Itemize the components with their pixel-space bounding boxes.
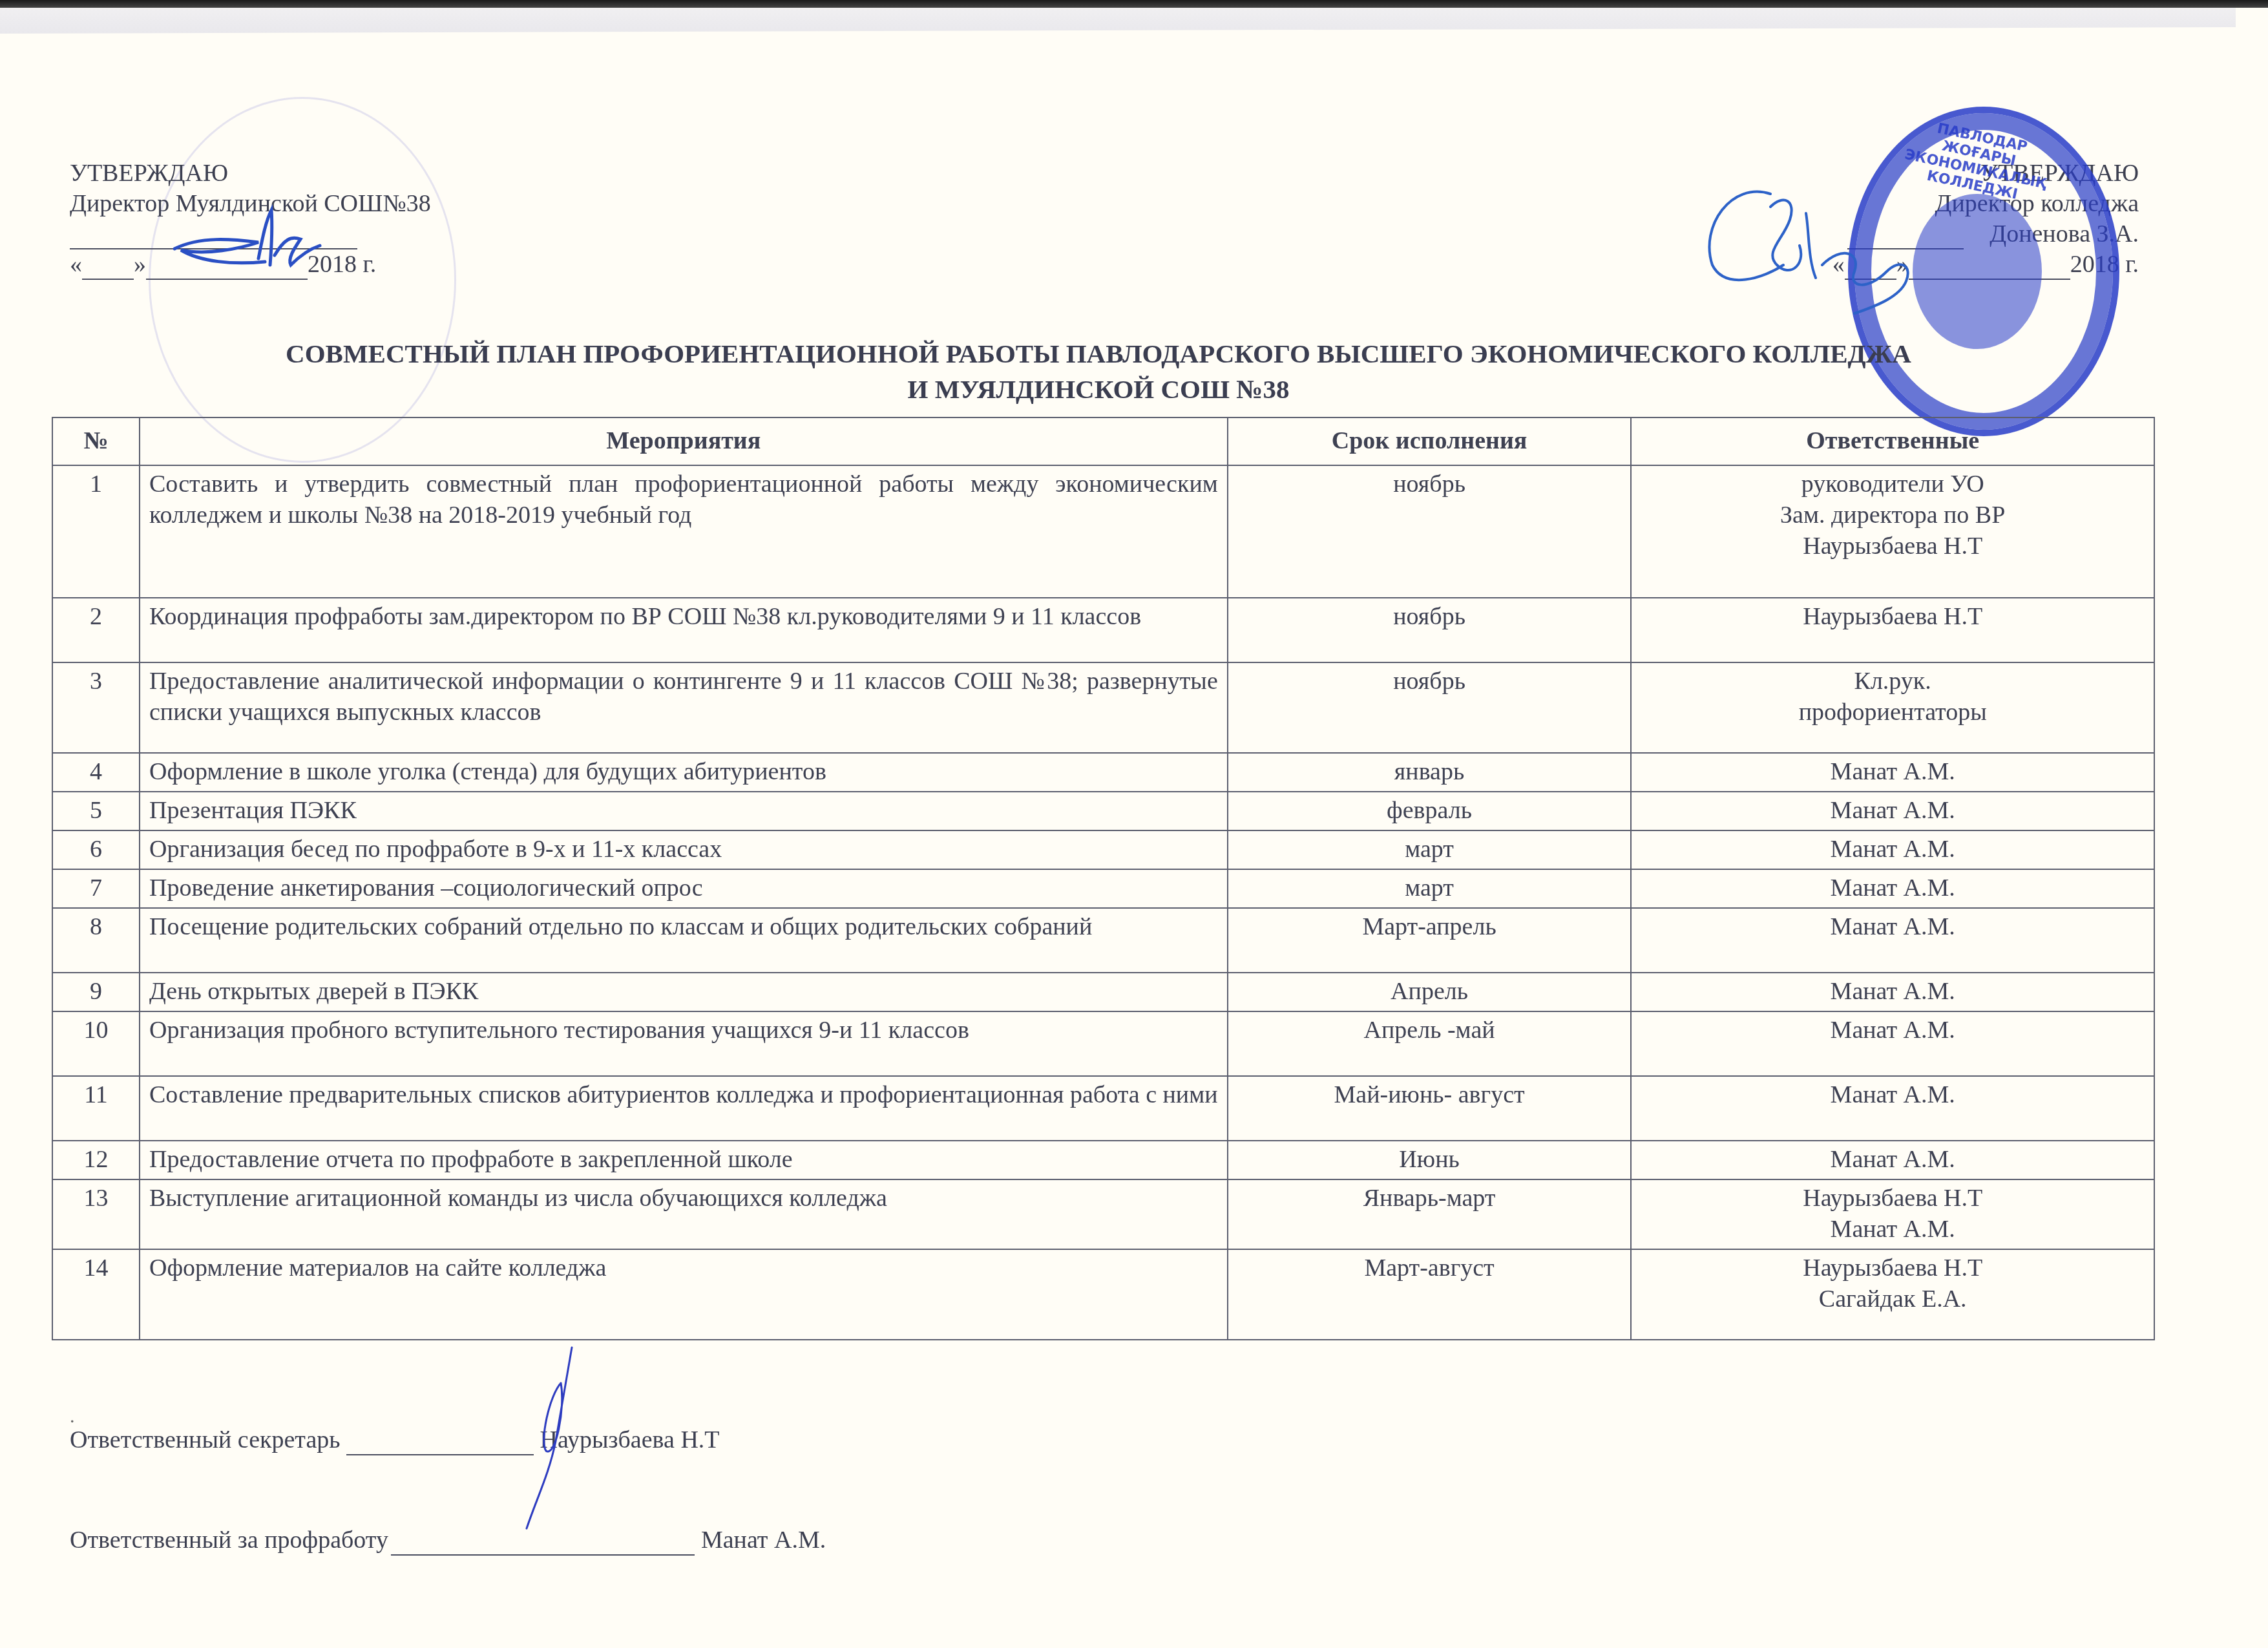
row-number: 4 xyxy=(52,753,140,792)
approval-heading-left: УТВЕРЖДАЮ xyxy=(70,158,431,189)
row-number: 10 xyxy=(52,1011,140,1076)
responsible-person: Сагайдак Е.А. xyxy=(1641,1284,2145,1315)
row-responsible: Манат А.М. xyxy=(1631,830,2154,869)
table-row: 13Выступление агитационной команды из чи… xyxy=(52,1179,2154,1249)
scan-strip xyxy=(0,8,2236,34)
row-term: февраль xyxy=(1228,792,1632,830)
table-row: 4Оформление в школе уголка (стенда) для … xyxy=(52,753,2154,792)
responsible-person: Манат А.М. xyxy=(1641,795,2145,826)
row-activity: Организация пробного вступительного тест… xyxy=(140,1011,1228,1076)
responsible-person: Манат А.М. xyxy=(1641,1079,2145,1110)
row-responsible: Наурызбаева Н.ТМанат А.М. xyxy=(1631,1179,2154,1249)
responsible-person: Манат А.М. xyxy=(1641,1214,2145,1245)
secretary-label: Ответственный секретарь xyxy=(70,1426,341,1453)
table-row: 12Предоставление отчета по профработе в … xyxy=(52,1141,2154,1179)
row-term: ноябрь xyxy=(1228,598,1632,662)
footer-secretary: Ответственный секретарь Наурызбаева Н.Т xyxy=(70,1425,720,1455)
row-activity: Презентация ПЭКК xyxy=(140,792,1228,830)
row-number: 8 xyxy=(52,908,140,973)
responsible-person: Манат А.М. xyxy=(1641,872,2145,903)
row-activity: Координация профработы зам.директором по… xyxy=(140,598,1228,662)
responsible-person: Манат А.М. xyxy=(1641,911,2145,942)
document-title: СОВМЕСТНЫЙ ПЛАН ПРОФОРИЕНТАЦИОННОЙ РАБОТ… xyxy=(0,336,2197,407)
row-activity: Посещение родительских собраний отдельно… xyxy=(140,908,1228,973)
row-term: Март-август xyxy=(1228,1249,1632,1340)
table-row: 7Проведение анкетирования –социологическ… xyxy=(52,869,2154,908)
footer-profwork: Ответственный за профработуМанат А.М. xyxy=(70,1525,826,1556)
signature-line-left xyxy=(70,219,431,249)
row-number: 9 xyxy=(52,973,140,1011)
row-responsible: Кл.рук.профориентаторы xyxy=(1631,662,2154,753)
row-activity: Оформление в школе уголка (стенда) для б… xyxy=(140,753,1228,792)
row-term: Март-апрель xyxy=(1228,908,1632,973)
title-line-2: И МУЯЛДИНСКОЙ СОШ №38 xyxy=(0,372,2197,407)
row-number: 2 xyxy=(52,598,140,662)
responsible-person: Зам. директора по ВР xyxy=(1641,500,2145,531)
faint-stamp-left xyxy=(149,97,456,463)
row-activity: Составить и утвердить совместный план пр… xyxy=(140,465,1228,598)
row-responsible: Наурызбаева Н.Т xyxy=(1631,598,2154,662)
responsible-person: профориентаторы xyxy=(1641,697,2145,728)
responsible-person: Наурызбаева Н.Т xyxy=(1641,601,2145,632)
header-term: Срок исполнения xyxy=(1228,417,1632,465)
row-number: 14 xyxy=(52,1249,140,1340)
table-row: 1Составить и утвердить совместный план п… xyxy=(52,465,2154,598)
approval-block-left: УТВЕРЖДАЮ Директор Муялдинской СОШ№38 «»… xyxy=(70,158,431,280)
row-number: 11 xyxy=(52,1076,140,1141)
row-number: 13 xyxy=(52,1179,140,1249)
table-row: 11Составление предварительных списков аб… xyxy=(52,1076,2154,1141)
row-term: Июнь xyxy=(1228,1141,1632,1179)
profwork-label: Ответственный за профработу xyxy=(70,1527,388,1554)
row-term: Май-июнь- август xyxy=(1228,1076,1632,1141)
responsible-person: Кл.рук. xyxy=(1641,666,2145,697)
row-term: ноябрь xyxy=(1228,662,1632,753)
profwork-signature-line xyxy=(391,1534,695,1556)
row-number: 6 xyxy=(52,830,140,869)
row-term: январь xyxy=(1228,753,1632,792)
stray-dot: . xyxy=(70,1406,75,1428)
title-line-1: СОВМЕСТНЫЙ ПЛАН ПРОФОРИЕНТАЦИОННОЙ РАБОТ… xyxy=(0,336,2197,372)
responsible-person: Манат А.М. xyxy=(1641,1015,2145,1046)
row-activity: Организация бесед по профработе в 9-х и … xyxy=(140,830,1228,869)
responsible-person: Манат А.М. xyxy=(1641,976,2145,1007)
row-term: Январь-март xyxy=(1228,1179,1632,1249)
row-responsible: Манат А.М. xyxy=(1631,869,2154,908)
row-responsible: Манат А.М. xyxy=(1631,1141,2154,1179)
secretary-signature-line xyxy=(346,1433,534,1455)
row-responsible: Манат А.М. xyxy=(1631,753,2154,792)
date-line-left: «»2018 г. xyxy=(70,249,431,280)
row-number: 1 xyxy=(52,465,140,598)
responsible-person: Манат А.М. xyxy=(1641,1144,2145,1175)
responsible-person: Наурызбаева Н.Т xyxy=(1641,1252,2145,1284)
row-responsible: руководители УОЗам. директора по ВРНауры… xyxy=(1631,465,2154,598)
row-responsible: Манат А.М. xyxy=(1631,792,2154,830)
row-number: 5 xyxy=(52,792,140,830)
table-row: 3Предоставление аналитической информации… xyxy=(52,662,2154,753)
row-responsible: Манат А.М. xyxy=(1631,908,2154,973)
row-activity: День открытых дверей в ПЭКК xyxy=(140,973,1228,1011)
plan-table: № Мероприятия Срок исполнения Ответствен… xyxy=(52,417,2155,1340)
responsible-person: Манат А.М. xyxy=(1641,756,2145,787)
stamp-emblem-icon xyxy=(1913,194,2042,349)
row-term: ноябрь xyxy=(1228,465,1632,598)
table-row: 10Организация пробного вступительного те… xyxy=(52,1011,2154,1076)
row-activity: Составление предварительных списков абит… xyxy=(140,1076,1228,1141)
table-row: 5Презентация ПЭККфевральМанат А.М. xyxy=(52,792,2154,830)
approval-position-left: Директор Муялдинской СОШ№38 xyxy=(70,189,431,219)
row-term: Апрель xyxy=(1228,973,1632,1011)
table-row: 9День открытых дверей в ПЭККАпрельМанат … xyxy=(52,973,2154,1011)
row-activity: Оформление материалов на сайте колледжа xyxy=(140,1249,1228,1340)
table-row: 6Организация бесед по профработе в 9-х и… xyxy=(52,830,2154,869)
scan-edge xyxy=(0,0,2268,8)
responsible-person: руководители УО xyxy=(1641,469,2145,500)
row-activity: Проведение анкетирования –социологически… xyxy=(140,869,1228,908)
responsible-person: Манат А.М. xyxy=(1641,834,2145,865)
responsible-person: Наурызбаева Н.Т xyxy=(1641,531,2145,562)
row-responsible: Наурызбаева Н.ТСагайдак Е.А. xyxy=(1631,1249,2154,1340)
row-activity: Предоставление отчета по профработе в за… xyxy=(140,1141,1228,1179)
row-term: Апрель -май xyxy=(1228,1011,1632,1076)
row-activity: Выступление агитационной команды из числ… xyxy=(140,1179,1228,1249)
row-activity: Предоставление аналитической информации … xyxy=(140,662,1228,753)
row-term: март xyxy=(1228,830,1632,869)
row-number: 3 xyxy=(52,662,140,753)
row-term: март xyxy=(1228,869,1632,908)
approval-year-left: 2018 г. xyxy=(308,251,376,278)
row-responsible: Манат А.М. xyxy=(1631,1076,2154,1141)
header-responsible: Ответственные xyxy=(1631,417,2154,465)
row-responsible: Манат А.М. xyxy=(1631,1011,2154,1076)
secretary-name: Наурызбаева Н.Т xyxy=(540,1426,720,1453)
header-activities: Мероприятия xyxy=(140,417,1228,465)
header-number: № xyxy=(52,417,140,465)
table-header-row: № Мероприятия Срок исполнения Ответствен… xyxy=(52,417,2154,465)
table-row: 14Оформление материалов на сайте колледж… xyxy=(52,1249,2154,1340)
profwork-name: Манат А.М. xyxy=(701,1527,826,1554)
row-number: 7 xyxy=(52,869,140,908)
responsible-person: Наурызбаева Н.Т xyxy=(1641,1183,2145,1214)
table-body: 1Составить и утвердить совместный план п… xyxy=(52,465,2154,1340)
row-responsible: Манат А.М. xyxy=(1631,973,2154,1011)
table-row: 2Координация профработы зам.директором п… xyxy=(52,598,2154,662)
row-number: 12 xyxy=(52,1141,140,1179)
table-row: 8Посещение родительских собраний отдельн… xyxy=(52,908,2154,973)
